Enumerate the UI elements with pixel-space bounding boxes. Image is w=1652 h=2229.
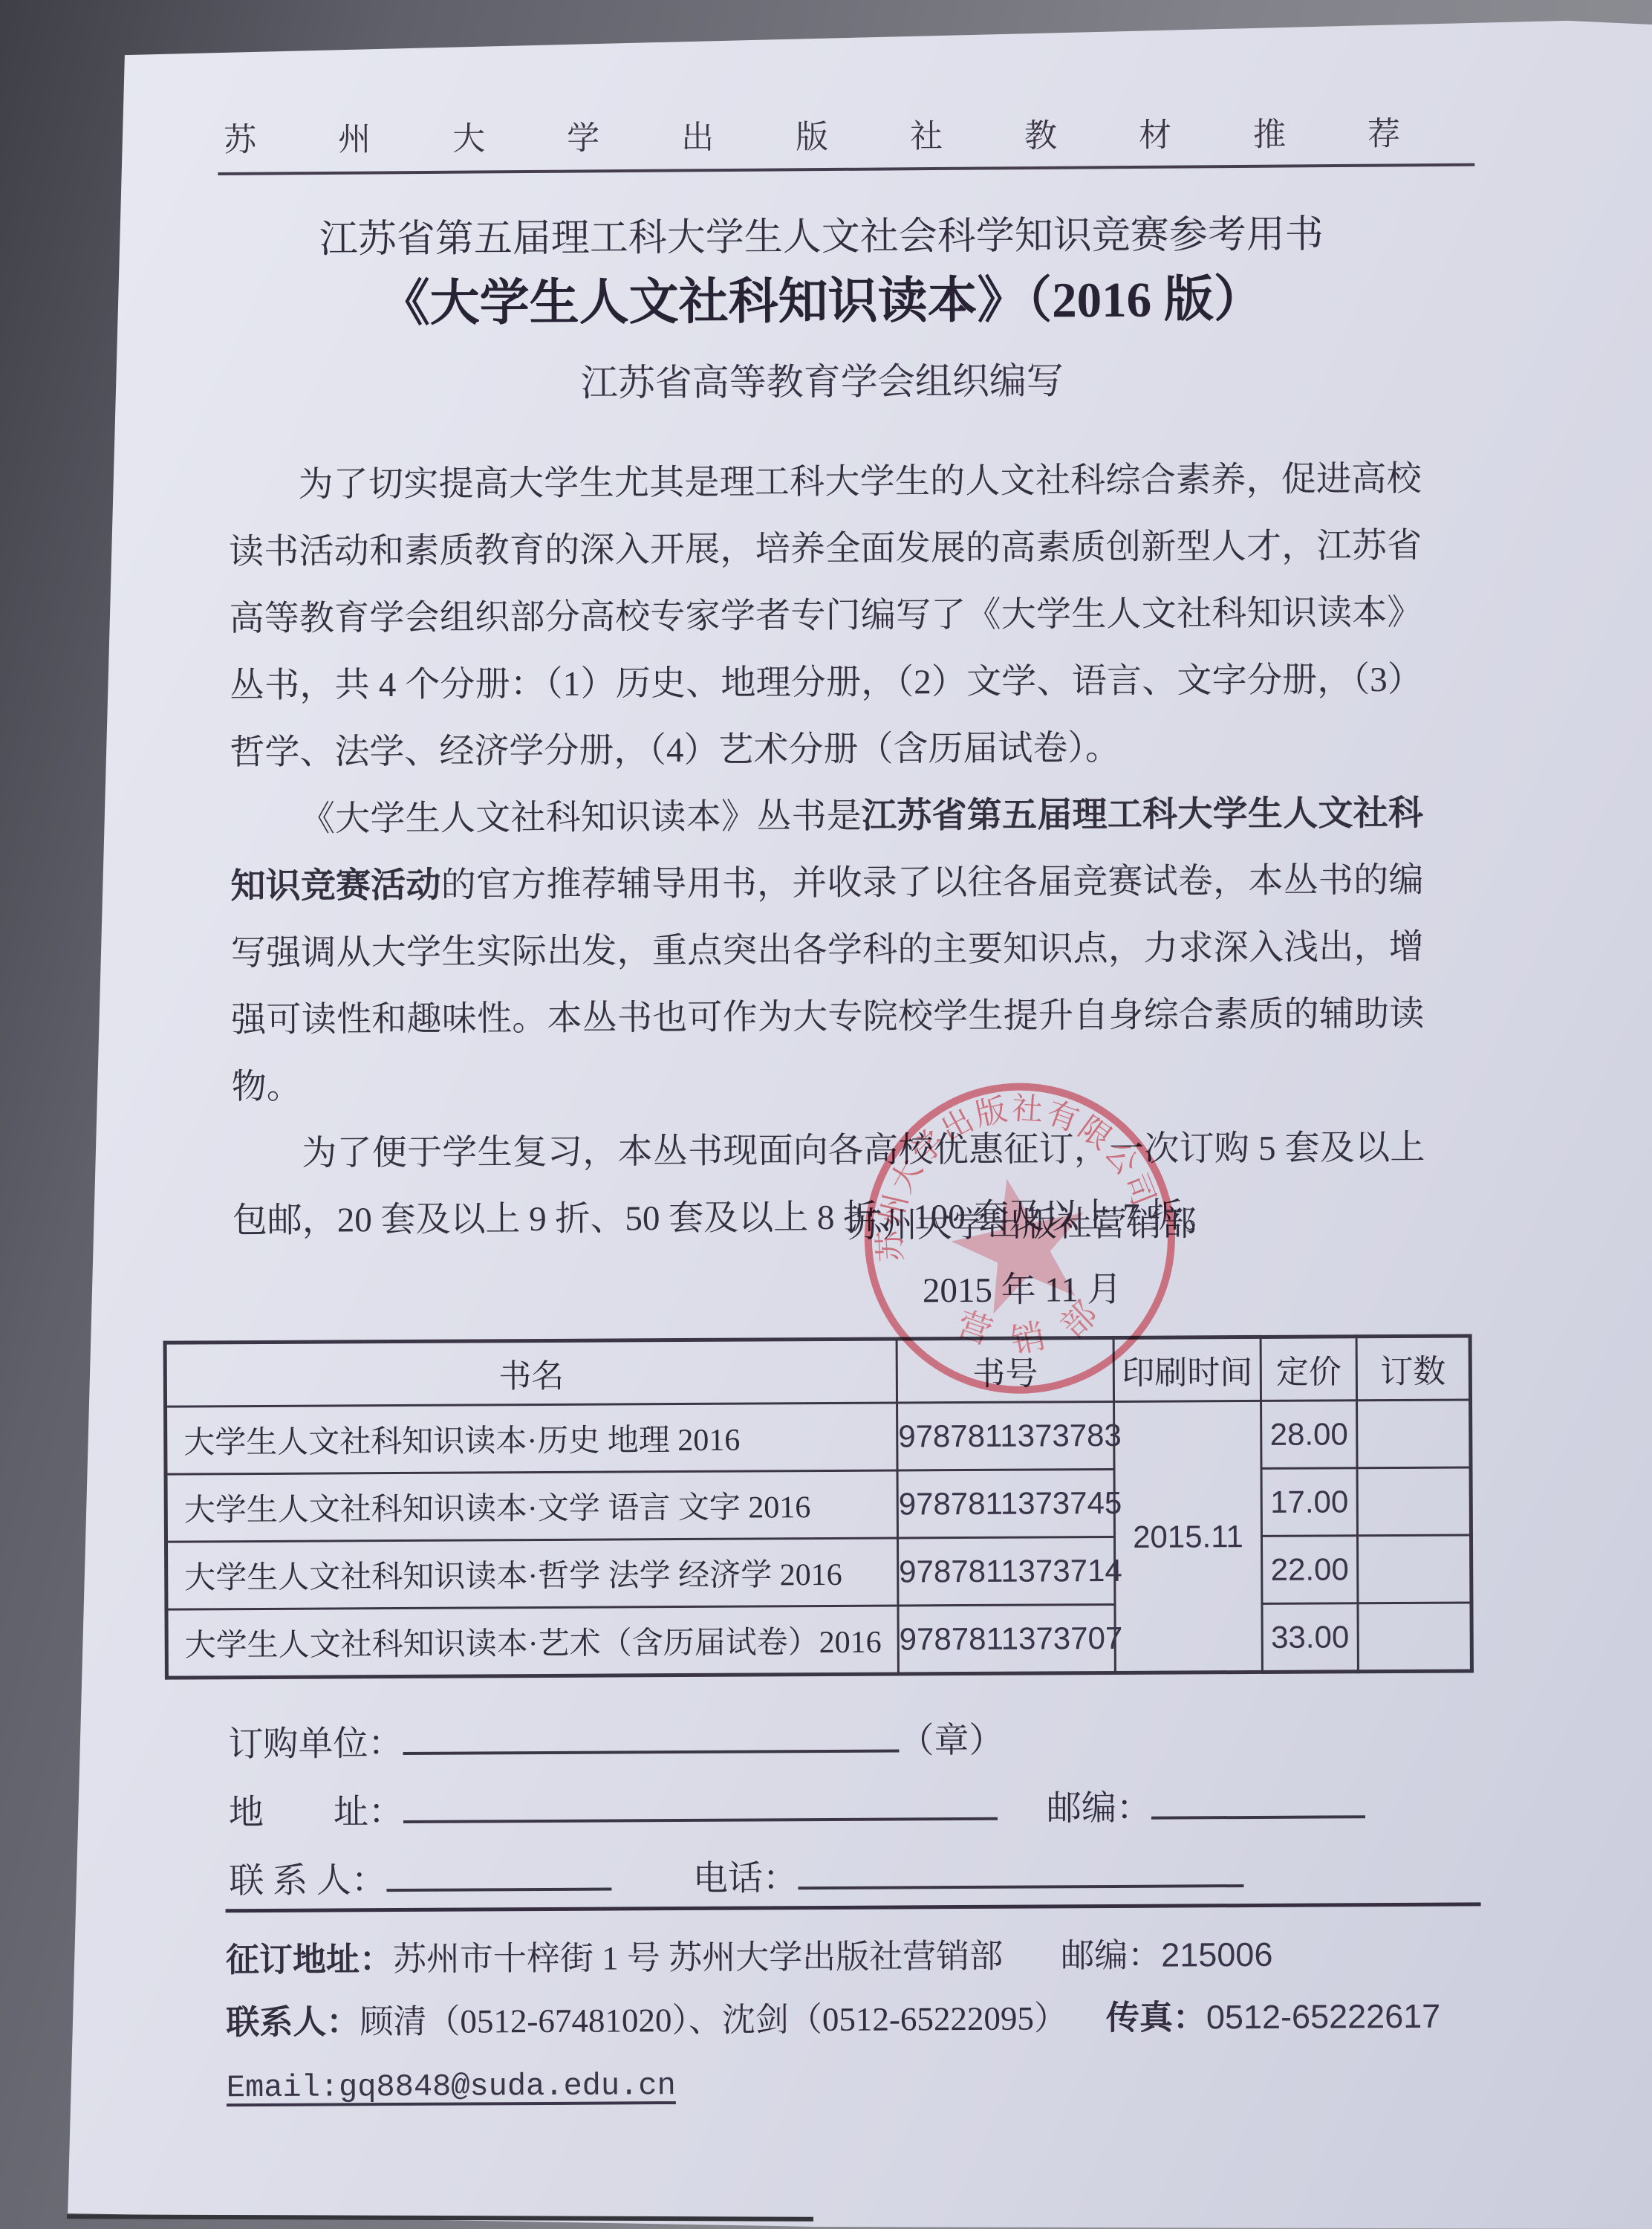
footer-address-label: 征订地址： [226,1941,393,1979]
unit-row: 订购单位：（章） [228,1710,1506,1785]
table-header-row: 书名 书号 印刷时间 定价 订数 [165,1336,1470,1406]
phone-label: 电话： [693,1859,798,1898]
footer-contacts-label: 联系人： [226,2003,360,2041]
unit-label: 订购单位： [228,1725,403,1764]
series-paragraph: 《大学生人文社科知识读本》丛书是江苏省第五届理工科大学生人文社科知识竞赛活动的官… [230,780,1425,1120]
header-underline [218,163,1474,175]
footer-address-line: 征订地址：苏州市十梓街 1 号 苏州大学出版社营销部邮编：215006 [226,1922,1481,1991]
book-name-cell: 大学生人文社科知识读本·历史 地理 2016 [166,1403,897,1474]
isbn-cell: 9787811373745 [897,1469,1114,1538]
quantity-cell [1357,1400,1471,1468]
footer-fax-value: 0512-65222617 [1206,1997,1441,2037]
contact-label: 联 系 人： [229,1861,386,1901]
footer-email-value: Email:gq8848@suda.edu.cn [227,2068,676,2106]
svg-text:营销部: 营销部 [946,1272,1131,1374]
series-paragraph-pre: 《大学生人文社科知识读本》丛书是 [300,797,862,839]
table-row: 大学生人文社科知识读本·艺术（含历届试卷）2016 9787811373707 … [166,1603,1471,1678]
phone-blank-line [798,1855,1243,1889]
footer-contact-line: 联系人：顾清（0512-67481020）、沈剑（0512-65222095）传… [226,1985,1481,2054]
document-content: 苏州大学出版社教材推荐 江苏省第五届理工科大学生人文社会科学知识竞赛参考用书 《… [0,0,1652,2229]
footer-address-value: 苏州市十梓街 1 号 苏州大学出版社营销部 [393,1938,1004,1978]
seal-label: （章） [899,1722,1004,1761]
isbn-cell: 9787811373707 [898,1604,1115,1674]
footer-zip-value: 215006 [1161,1936,1272,1974]
address-blank-line [403,1788,998,1823]
footer-zip-label: 邮编： [1061,1937,1161,1975]
table-row: 大学生人文社科知识读本·文学 语言 文字 2016 9787811373745 … [166,1467,1471,1542]
book-name-cell: 大学生人文社科知识读本·文学 语言 文字 2016 [166,1470,897,1542]
stamp-bottom-text: 营销部 [946,1272,1131,1374]
red-seal-stamp: 苏州大学出版社有限公司 营销部 [825,1044,1214,1433]
intro-paragraph: 为了切实提高大学生尤其是理工科大学生的人文社科综合素养，促进高校读书活动和素质教… [228,446,1422,786]
zip-label: 邮编： [1047,1789,1151,1829]
price-cell: 28.00 [1261,1401,1357,1469]
book-title: 《大学生人文社科知识读本》（2016 版） [0,257,1648,337]
isbn-cell: 9787811373714 [897,1537,1114,1606]
footer-contacts-value: 顾清（0512-67481020）、沈剑（0512-65222095） [360,1999,1067,2040]
quantity-cell [1358,1603,1471,1672]
table-row: 大学生人文社科知识读本·历史 地理 2016 9787811373783 201… [166,1400,1471,1474]
col-header-price: 定价 [1261,1337,1356,1401]
quantity-cell [1357,1535,1471,1603]
header-banner: 苏州大学出版社教材推荐 [224,106,1482,160]
book-name-cell: 大学生人文社科知识读本·艺术（含历届试卷）2016 [166,1606,898,1678]
address-row: 地 址：邮编： [229,1778,1506,1853]
contact-blank-line [386,1858,611,1892]
address-label: 地 址： [229,1793,403,1832]
order-table: 书名 书号 印刷时间 定价 订数 大学生人文社科知识读本·历史 地理 2016 … [163,1334,1474,1679]
photo-background: 苏州大学出版社教材推荐 江苏省第五届理工科大学生人文社会科学知识竞赛参考用书 《… [0,0,1652,2229]
editor-line: 江苏省高等教育学会组织编写 [0,348,1648,410]
body-text: 为了切实提高大学生尤其是理工科大学生的人文社科综合素养，促进高校读书活动和素质教… [228,446,1425,1254]
print-time-cell: 2015.11 [1114,1401,1263,1672]
order-form: 订购单位：（章） 地 址：邮编： 联 系 人：电话： [228,1710,1506,1921]
col-header-book-name: 书名 [165,1339,897,1406]
price-cell: 22.00 [1261,1536,1357,1604]
quantity-cell [1357,1467,1471,1536]
discount-paragraph: 为了便于学生复习，本丛书现面向各高校优惠征订，一次订购 5 套及以上包邮，20 … [232,1114,1425,1254]
footer-block: 征订地址：苏州市十梓街 1 号 苏州大学出版社营销部邮编：215006 联系人：… [226,1902,1482,2119]
footer-fax-label: 传真： [1106,1999,1206,2037]
table-row: 大学生人文社科知识读本·哲学 法学 经济学 2016 9787811373714… [166,1535,1471,1609]
unit-blank-line [403,1719,899,1754]
competition-note: 江苏省第五届理工科大学生人文社会科学知识竞赛参考用书 [0,201,1648,265]
footer-email-line: Email:gq8848@suda.edu.cn [227,2047,1482,2119]
price-cell: 17.00 [1261,1468,1357,1537]
zip-blank-line [1151,1785,1365,1820]
col-header-quantity: 订数 [1356,1336,1470,1401]
price-cell: 33.00 [1262,1603,1358,1672]
book-name-cell: 大学生人文社科知识读本·哲学 法学 经济学 2016 [166,1538,897,1609]
